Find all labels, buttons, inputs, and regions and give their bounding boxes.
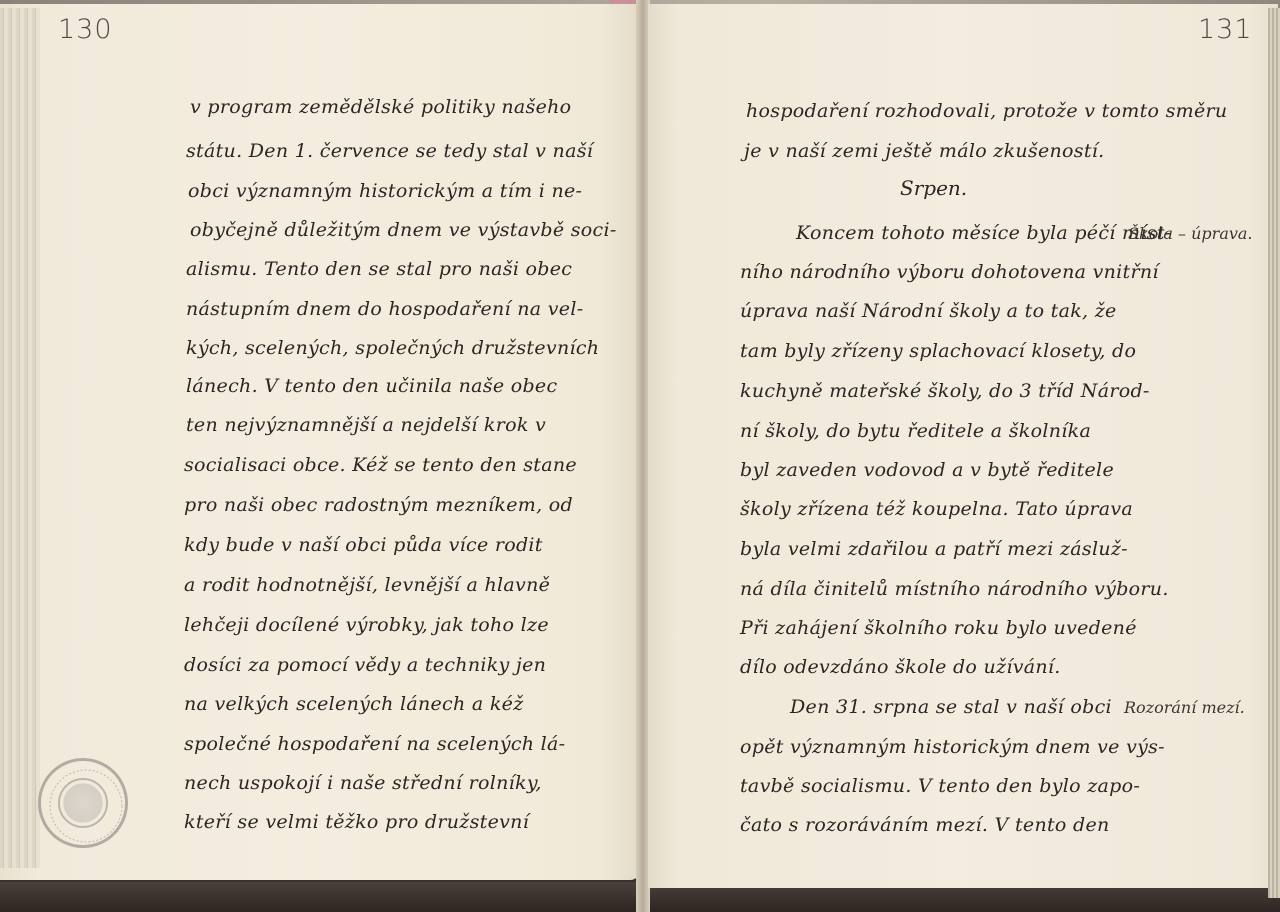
text-line: ního národního výboru dohotovena vnitřní — [740, 261, 1159, 283]
text-line: dosíci za pomocí vědy a techniky jen — [184, 654, 546, 676]
text-line: obci významným historickým a tím i ne- — [188, 180, 582, 202]
text-line: pro naši obec radostným mezníkem, od — [184, 494, 573, 516]
text-line: úprava naší Národní školy a to tak, že — [740, 300, 1117, 322]
text-line: kteří se velmi těžko pro družstevní — [184, 811, 529, 833]
text-line: tam byly zřízeny splachovací klosety, do — [740, 340, 1136, 362]
text-line: obyčejně důležitým dnem ve výstavbě soci… — [190, 219, 617, 241]
text-line: nástupním dnem do hospodaření na vel- — [186, 298, 583, 320]
text-line: kuchyně mateřské školy, do 3 tříd Národ- — [740, 380, 1150, 402]
text-line: lehčeji docílené výrobky, jak toho lze — [184, 614, 549, 636]
official-stamp — [38, 758, 128, 848]
text-line: školy zřízena též koupelna. Tato úprava — [740, 498, 1133, 520]
text-line: byla velmi zdařilou a patří mezi zásluž- — [740, 538, 1128, 560]
text-line: Den 31. srpna se stal v naší obci — [790, 696, 1112, 718]
text-line: čato s rozoráváním mezí. V tento den — [740, 814, 1110, 836]
text-line: v program zemědělské politiky našeho — [190, 96, 571, 118]
text-line: lánech. V tento den učinila naše obec — [186, 375, 557, 397]
text-line: státu. Den 1. července se tedy stal v na… — [186, 140, 593, 162]
text-line: ten nejvýznamnější a nejdelší krok v — [186, 414, 546, 436]
text-line: alismu. Tento den se stal pro naši obec — [186, 258, 572, 280]
stamp-ring-icon — [41, 761, 131, 851]
text-line: a rodit hodnotnější, levnější a hlavně — [184, 574, 550, 596]
text-line: je v naší zemi ještě málo zkušeností. — [744, 140, 1105, 162]
text-line: opět významným historickým dnem ve výs- — [740, 736, 1165, 758]
left-page-stack-edges — [0, 8, 40, 868]
text-line: dílo odevzdáno škole do užívání. — [740, 656, 1061, 678]
text-line: tavbě socialismu. V tento den bylo zapo- — [740, 775, 1140, 797]
text-line: Koncem tohoto měsíce byla péčí míst- — [796, 222, 1171, 244]
margin-note-balks: Rozorání mezí. — [1124, 698, 1245, 717]
margin-note-school: Škola – úprava. — [1128, 224, 1253, 243]
text-line: Při zahájení školního roku bylo uvedené — [740, 617, 1137, 639]
text-line: socialisaci obce. Kéž se tento den stane — [184, 454, 577, 476]
text-line: ní školy, do bytu ředitele a školníka — [740, 420, 1091, 442]
text-line: hospodaření rozhodovali, protože v tomto… — [746, 100, 1227, 122]
page-number-right: 131 — [1198, 14, 1253, 45]
text-line: ná díla činitelů místního národního výbo… — [740, 578, 1169, 600]
page-number-left: 130 — [58, 14, 113, 45]
text-line: kých, scelených, společných družstevních — [186, 337, 599, 359]
text-line: na velkých scelených lánech a kéž — [184, 693, 524, 715]
right-page-stack-edges — [1268, 8, 1280, 898]
text-line: nech uspokojí i naše střední rolníky, — [184, 772, 542, 794]
text-line: společné hospodaření na scelených lá- — [184, 733, 565, 755]
text-line: byl zaveden vodovod a v bytě ředitele — [740, 459, 1114, 481]
text-line: kdy bude v naší obci půda více rodit — [184, 534, 543, 556]
month-heading: Srpen. — [900, 176, 967, 200]
